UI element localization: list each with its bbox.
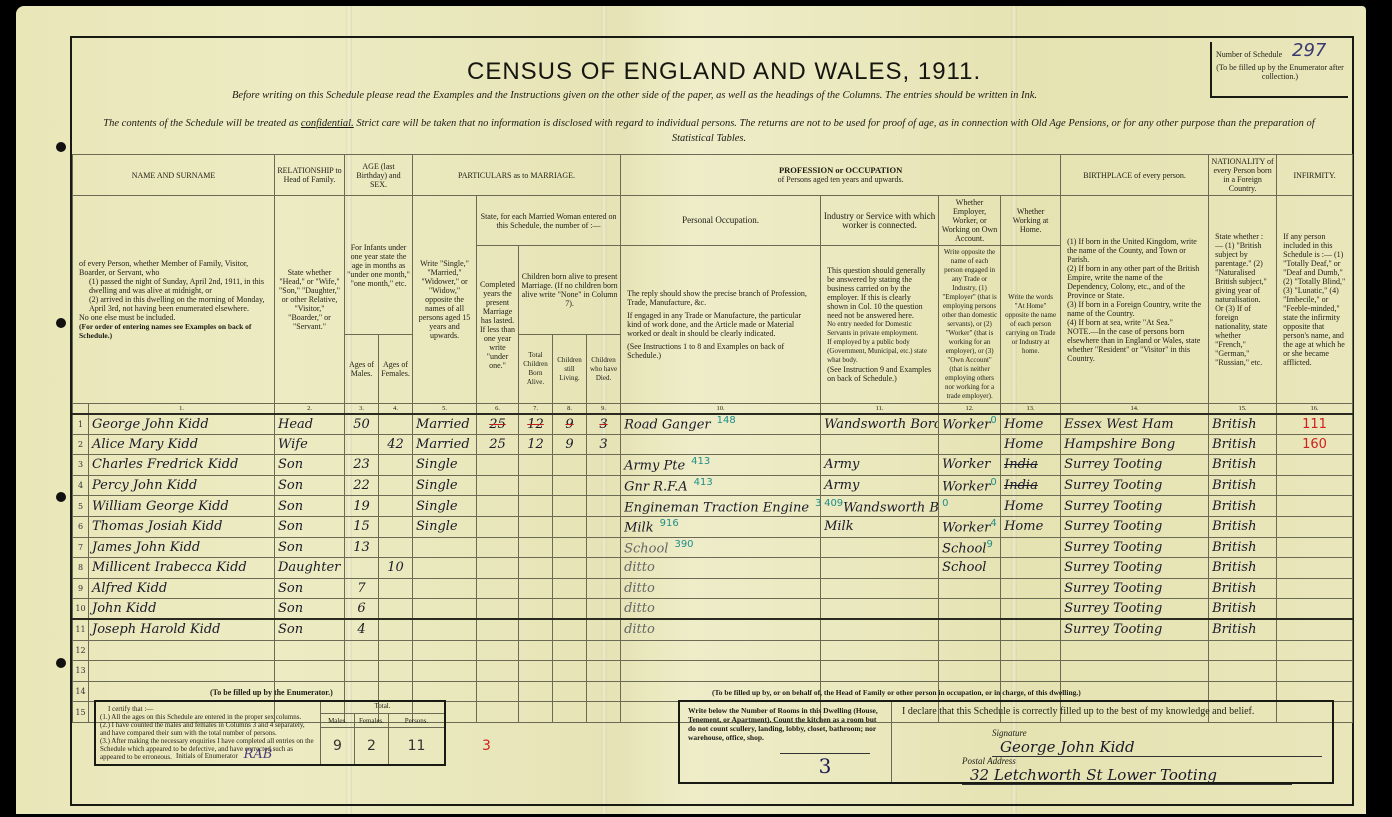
postal-address-label: Postal Address — [962, 756, 1016, 766]
row-number: 2 — [78, 440, 83, 449]
table-row: 4Percy John KiddSon22SingleGnr R.F.A413A… — [73, 475, 1353, 496]
infirmity-cell — [1277, 516, 1353, 537]
relationship-cell: Son — [275, 455, 345, 476]
nationality-cell: British — [1209, 558, 1277, 579]
row-number: 4 — [78, 481, 83, 490]
marital-status-cell: Single — [413, 496, 477, 517]
age-female: 42 — [387, 437, 404, 452]
working-at-home-cell — [1001, 578, 1061, 599]
personal-desc-2: If engaged in any Trade or Manufacture, … — [627, 311, 814, 338]
employment-status-cell — [939, 661, 1001, 682]
nationality: British — [1212, 519, 1256, 534]
marriage-status-instructions: Write "Single," "Married," "Widower," or… — [413, 196, 477, 404]
age-female-cell — [379, 516, 413, 537]
industry-cell — [821, 578, 939, 599]
nationality-cell — [1209, 640, 1277, 661]
birthplace-note: NOTE.—In the case of persons born elsewh… — [1067, 327, 1202, 363]
row-number-cell: 14 — [73, 681, 89, 702]
occupation-code: 916 — [660, 518, 679, 529]
infirmity-cell: 111 — [1277, 414, 1353, 435]
nationality-cell: British — [1209, 537, 1277, 558]
children-living-cell: 9 — [553, 434, 587, 455]
household-rows: 1George John KiddHead50Married251293Road… — [73, 414, 1353, 723]
age-male-cell: 22 — [345, 475, 379, 496]
header-infirmity: INFIRMITY. — [1277, 155, 1353, 196]
children-living-cell — [553, 681, 587, 702]
occupation-cell: Road Ganger148 — [621, 414, 821, 435]
married-woman-header: State, for each Married Woman entered on… — [477, 196, 621, 246]
industry: Army — [824, 457, 859, 472]
age-female-cell — [379, 496, 413, 517]
employment-status-cell: Worker4 — [939, 516, 1001, 537]
enumerator-box: I certify that :— (1.) All the ages on t… — [94, 700, 446, 766]
occupation: Army Pte — [624, 459, 685, 474]
employment-status-cell — [939, 640, 1001, 661]
relationship-cell: Daughter — [275, 558, 345, 579]
person-name-cell: Alice Mary Kidd — [89, 434, 275, 455]
birthplace-cell: Surrey Tooting — [1061, 496, 1209, 517]
infirmity-cell — [1277, 558, 1353, 579]
birthplace-cell: Surrey Tooting — [1061, 558, 1209, 579]
infirmity-cell — [1277, 661, 1353, 682]
totals-table: Total. Males. Females. Persons. 9 2 11 — [321, 702, 444, 764]
marital-status-cell — [413, 537, 477, 558]
marital-status-cell — [413, 681, 477, 702]
occupation-cell — [621, 661, 821, 682]
person-name-cell: Alfred Kidd — [89, 578, 275, 599]
col-num: 7. — [519, 404, 553, 414]
row-number-cell: 13 — [73, 661, 89, 682]
employment-code: 0 — [990, 415, 996, 426]
birthplace-cell — [1061, 661, 1209, 682]
age-male: 13 — [353, 540, 370, 555]
working-at-home: India — [1004, 457, 1038, 472]
table-row: 10John KiddSon6dittoSurrey TootingBritis… — [73, 599, 1353, 620]
employment-code: 9 — [986, 539, 992, 550]
row-number-cell: 12 — [73, 640, 89, 661]
industry-code: 409 — [824, 498, 843, 509]
enumerator-section-title: (To be filled up by the Enumerator.) — [210, 688, 333, 697]
head-of-family-box: Write below the Number of Rooms in this … — [678, 700, 1334, 784]
birthplace-cell: Surrey Tooting — [1061, 599, 1209, 620]
relationship: Son — [278, 499, 303, 514]
working-at-home-cell — [1001, 537, 1061, 558]
children-total-cell — [519, 558, 553, 579]
relationship: Daughter — [278, 560, 340, 575]
age-male: 15 — [353, 519, 370, 534]
col-num: 1. — [89, 404, 275, 414]
birthplace-cell: Surrey Tooting — [1061, 537, 1209, 558]
schedule-number-note: (To be filled up by the Enumerator after… — [1216, 63, 1344, 81]
punch-hole — [56, 142, 66, 152]
row-number: 7 — [78, 543, 83, 552]
years-married-cell — [477, 455, 519, 476]
infirmity-cell — [1277, 578, 1353, 599]
nationality-cell: British — [1209, 414, 1277, 435]
relationship: Son — [278, 540, 303, 555]
working-at-home-cell: Home — [1001, 434, 1061, 455]
years-married-cell — [477, 475, 519, 496]
person-name: Percy John Kidd — [92, 478, 197, 493]
industry-cell — [821, 558, 939, 579]
row-number: 8 — [78, 563, 83, 572]
children-died-cell — [587, 475, 621, 496]
marital-status-cell: Married — [413, 434, 477, 455]
working-at-home-cell: Home — [1001, 496, 1061, 517]
enumerator-initials: RAB — [244, 747, 273, 762]
person-name-cell: Charles Fredrick Kidd — [89, 455, 275, 476]
col-num: 11. — [821, 404, 939, 414]
age-male-cell: 4 — [345, 619, 379, 640]
marital-status-cell: Married — [413, 414, 477, 435]
birthplace-desc-2: (2) If born in any other part of the Bri… — [1067, 264, 1202, 300]
years-married-cell — [477, 702, 519, 723]
infirmity-cell — [1277, 599, 1353, 620]
nationality-cell: British — [1209, 475, 1277, 496]
table-row: 5William George KiddSon19SingleEngineman… — [73, 496, 1353, 517]
age-male: 50 — [353, 417, 370, 432]
children-died-cell — [587, 640, 621, 661]
header-nationality: NATIONALITY of every Person born in a Fo… — [1209, 155, 1277, 196]
signature-row: Signature George John Kidd — [992, 728, 1332, 757]
industry-cell — [821, 599, 939, 620]
industry: Milk — [824, 519, 854, 534]
children-living-cell — [553, 640, 587, 661]
children-living-cell — [553, 619, 587, 640]
employment-status: Worker — [942, 479, 990, 494]
age-female-cell — [379, 455, 413, 476]
row-number-cell: 11 — [73, 619, 89, 640]
col-num: 10. — [621, 404, 821, 414]
age-male-cell — [345, 558, 379, 579]
children-died-cell — [587, 702, 621, 723]
children-total-cell — [519, 681, 553, 702]
children-living-cell — [553, 661, 587, 682]
initials-label: Initials of Enumerator — [176, 752, 238, 760]
nationality-cell: British — [1209, 619, 1277, 640]
nationality-cell: British — [1209, 516, 1277, 537]
relationship-cell: Son — [275, 496, 345, 517]
age-male-cell — [345, 434, 379, 455]
age-male-cell: 6 — [345, 599, 379, 620]
occupation-cell: ditto — [621, 619, 821, 640]
row-number: 14 — [75, 687, 85, 696]
person-name-cell: Thomas Josiah Kidd — [89, 516, 275, 537]
occupation: Engineman Traction Engine — [624, 500, 809, 515]
row-number: 15 — [75, 708, 85, 717]
age-female-cell — [379, 681, 413, 702]
nationality: British — [1212, 540, 1256, 555]
row-number-cell: 5 — [73, 496, 89, 517]
age-male: 7 — [357, 581, 365, 596]
children-died-cell — [587, 455, 621, 476]
enumerator-certification: I certify that :— (1.) All the ages on t… — [96, 702, 321, 764]
age-males-header: Ages of Males. — [345, 335, 379, 404]
table-row: 2Alice Mary KiddWife42Married251293HomeH… — [73, 434, 1353, 455]
nationality: British — [1212, 457, 1256, 472]
marital-status-cell — [413, 619, 477, 640]
name-desc-4: No one else must be included. — [79, 313, 268, 322]
nationality: British — [1212, 499, 1256, 514]
children-total-cell — [519, 661, 553, 682]
table-row: 13 — [73, 661, 1353, 682]
header-relationship: RELATIONSHIP to Head of Family. — [275, 155, 345, 196]
header-age: AGE (last Birthday) and SEX. — [345, 155, 413, 196]
name-desc-5: (For order of entering names see Example… — [79, 322, 268, 340]
age-male: 6 — [357, 601, 365, 616]
industry-cell: 409Wandsworth Borough Council — [821, 496, 939, 517]
person-name: George John Kidd — [92, 417, 209, 432]
occupation-cell: ditto — [621, 599, 821, 620]
age-male: 22 — [353, 478, 370, 493]
declaration-text: I declare that this Schedule is correctl… — [902, 706, 1322, 717]
occupation-cell: Milk916 — [621, 516, 821, 537]
declaration: I declare that this Schedule is correctl… — [892, 702, 1332, 782]
industry-desc-3: If employed by a public body (Government… — [827, 338, 932, 365]
children-total-cell — [519, 619, 553, 640]
persons-label: Persons. — [389, 714, 444, 728]
nationality: British — [1212, 622, 1256, 637]
years-married-cell — [477, 599, 519, 620]
personal-occupation-instructions: The reply should show the precise branch… — [621, 246, 821, 404]
relationship-cell: Son — [275, 619, 345, 640]
birthplace: Surrey Tooting — [1064, 457, 1162, 472]
nationality-cell: British — [1209, 434, 1277, 455]
row-number: 6 — [78, 522, 83, 531]
certify-item-1: (1.) All the ages on this Schedule are e… — [100, 713, 316, 721]
years-married-cell — [477, 516, 519, 537]
person-name: James John Kidd — [92, 540, 200, 555]
person-name-cell — [89, 640, 275, 661]
age-male-cell — [345, 640, 379, 661]
employment-status-cell: Worker — [939, 455, 1001, 476]
industry: Army — [824, 478, 859, 493]
occupation-cell: Engineman Traction Engine340 — [621, 496, 821, 517]
row-number-cell: 4 — [73, 475, 89, 496]
red-annotation: 111 — [1302, 417, 1327, 432]
occupation: Road Ganger — [624, 418, 711, 433]
age-male-cell: 23 — [345, 455, 379, 476]
postal-address: 32 Letchworth St Lower Tooting — [962, 766, 1292, 785]
marital-status-cell: Single — [413, 475, 477, 496]
age-male-cell — [345, 661, 379, 682]
birthplace: Surrey Tooting — [1064, 540, 1162, 555]
children-died-cell: 3 — [587, 434, 621, 455]
birthplace: Surrey Tooting — [1064, 560, 1162, 575]
infirmity-cell — [1277, 455, 1353, 476]
years-married-cell — [477, 681, 519, 702]
col-num: 4. — [379, 404, 413, 414]
age-female-cell: 10 — [379, 558, 413, 579]
children-died-cell — [587, 599, 621, 620]
occupation-cell: ditto — [621, 578, 821, 599]
signature-label: Signature — [992, 728, 1027, 738]
infirmity-cell — [1277, 475, 1353, 496]
row-number: 11 — [75, 625, 85, 634]
employment-status-cell: 0 — [939, 496, 1001, 517]
nationality-cell: British — [1209, 599, 1277, 620]
name-instructions: of every Person, whether Member of Famil… — [73, 196, 275, 404]
birthplace-cell — [1061, 681, 1209, 702]
schedule-frame: CENSUS OF ENGLAND AND WALES, 1911. Befor… — [70, 36, 1354, 806]
col-num: 3. — [345, 404, 379, 414]
row-number-cell: 7 — [73, 537, 89, 558]
age-female-cell — [379, 640, 413, 661]
occupation-cell — [621, 640, 821, 661]
age-female-cell — [379, 619, 413, 640]
relationship-instructions: State whether "Head," or "Wife," "Son," … — [275, 196, 345, 404]
children-total-cell: 12 — [519, 434, 553, 455]
table-row: 6Thomas Josiah KiddSon15SingleMilk916Mil… — [73, 516, 1353, 537]
completed-years-header: Completed years the present Marriage has… — [477, 246, 519, 404]
marital-status: Single — [416, 499, 458, 514]
marital-status: Single — [416, 478, 458, 493]
children-died: 3 — [599, 437, 607, 452]
birthplace-cell: Surrey Tooting — [1061, 578, 1209, 599]
header-employer: Whether Employer, Worker, or Working on … — [939, 196, 1001, 246]
children-living: 9 — [565, 437, 573, 452]
header-marriage: PARTICULARS as to MARRIAGE. — [413, 155, 621, 196]
occupation-cell — [621, 434, 821, 455]
occupation-code: 413 — [694, 477, 713, 488]
children-living-cell — [553, 516, 587, 537]
head-section-title: (To be filled up by, or on behalf of, th… — [712, 688, 1081, 697]
age-male-cell: 19 — [345, 496, 379, 517]
employment-status: Worker — [942, 457, 990, 472]
nationality-cell: British — [1209, 496, 1277, 517]
children-died-cell — [587, 661, 621, 682]
personal-desc-1: The reply should show the precise branch… — [627, 289, 814, 307]
occupation-cell: Army Pte413 — [621, 455, 821, 476]
marital-status-cell: Single — [413, 455, 477, 476]
relationship-cell: Son — [275, 537, 345, 558]
children-died-cell — [587, 496, 621, 517]
marital-status: Single — [416, 519, 458, 534]
person-name: William George Kidd — [92, 499, 229, 514]
occupation-code: 148 — [717, 415, 736, 426]
males-total: 9 — [321, 728, 355, 764]
row-number-cell: 2 — [73, 434, 89, 455]
industry-cell — [821, 640, 939, 661]
age-female-cell — [379, 578, 413, 599]
industry-desc-2: No entry needed for Domestic Servants in… — [827, 320, 932, 338]
children-total-cell — [519, 578, 553, 599]
employment-status-cell: School — [939, 558, 1001, 579]
header-profession-title: PROFESSION or OCCUPATION — [623, 166, 1058, 175]
row-number: 5 — [78, 502, 83, 511]
birthplace-cell — [1061, 640, 1209, 661]
total-children-header: Total Children Born Alive. — [519, 335, 553, 404]
birthplace: Surrey Tooting — [1064, 519, 1162, 534]
person-name: Alice Mary Kidd — [92, 437, 198, 452]
person-name: Charles Fredrick Kidd — [92, 457, 238, 472]
col-num: 14. — [1061, 404, 1209, 414]
working-at-home: Home — [1004, 417, 1043, 432]
children-died-cell — [587, 537, 621, 558]
nationality-cell — [1209, 661, 1277, 682]
row-number-cell: 10 — [73, 599, 89, 620]
working-at-home: Home — [1004, 499, 1043, 514]
birthplace-instructions: (1) If born in the United Kingdom, write… — [1061, 196, 1209, 404]
header-industry: Industry or Service with which worker is… — [821, 196, 939, 246]
col-num: 5. — [413, 404, 477, 414]
employment-code: 0 — [990, 477, 996, 488]
birthplace-cell: Surrey Tooting — [1061, 619, 1209, 640]
children-died-cell — [587, 578, 621, 599]
table-row: 9Alfred KiddSon7dittoSurrey TootingBriti… — [73, 578, 1353, 599]
row-number: 1 — [78, 420, 83, 429]
row-number-cell: 15 — [73, 702, 89, 723]
children-total-cell — [519, 475, 553, 496]
birthplace-desc-3: (3) If born in a Foreign Country, write … — [1067, 300, 1202, 318]
birthplace-desc-1: (1) If born in the United Kingdom, write… — [1067, 237, 1202, 264]
years-married-cell — [477, 578, 519, 599]
occupation: School — [624, 541, 668, 556]
punch-hole — [56, 492, 66, 502]
nationality-cell — [1209, 681, 1277, 702]
children-total-cell: 12 — [519, 414, 553, 435]
number-of-rooms: 3 — [780, 753, 870, 778]
nationality: British — [1212, 478, 1256, 493]
working-at-home-cell: India — [1001, 475, 1061, 496]
infirmity-cell — [1277, 640, 1353, 661]
years-married-cell — [477, 661, 519, 682]
red-annotation: 160 — [1302, 437, 1327, 452]
birthplace-cell: Essex West Ham — [1061, 414, 1209, 435]
relationship: Son — [278, 519, 303, 534]
occupation: Milk — [624, 520, 654, 535]
marital-status: Single — [416, 457, 458, 472]
employment-status-cell: Worker0 — [939, 475, 1001, 496]
confidentiality-notice: The contents of the Schedule will be tre… — [84, 116, 1334, 146]
birthplace-cell: Hampshire Bong — [1061, 434, 1209, 455]
years-married-cell — [477, 537, 519, 558]
relationship-cell — [275, 661, 345, 682]
row-number: 9 — [78, 584, 83, 593]
row-number-cell: 3 — [73, 455, 89, 476]
employment-status: Worker — [942, 520, 990, 535]
birthplace: Surrey Tooting — [1064, 601, 1162, 616]
col-num: 6. — [477, 404, 519, 414]
age-male: 23 — [353, 457, 370, 472]
children-died-cell — [587, 558, 621, 579]
industry: Wandsworth Borough Council — [843, 500, 938, 515]
children-total-cell — [519, 516, 553, 537]
birthplace: Hampshire Bong — [1064, 437, 1175, 452]
children-living-cell: 9 — [553, 414, 587, 435]
years-married-cell — [477, 496, 519, 517]
relationship: Son — [278, 601, 303, 616]
birthplace-desc-4: (4) If born at sea, write "At Sea." — [1067, 318, 1202, 327]
nationality: British — [1212, 601, 1256, 616]
certify-item-2: (2.) I have counted the males and female… — [100, 721, 316, 737]
table-row: 12 — [73, 640, 1353, 661]
person-name: Alfred Kidd — [92, 581, 167, 596]
children-living-header: Children still Living. — [553, 335, 587, 404]
industry-cell: Milk — [821, 516, 939, 537]
years-married-cell — [477, 640, 519, 661]
marital-status-cell — [413, 599, 477, 620]
years-married: 25 — [489, 417, 506, 432]
working-at-home: Home — [1004, 437, 1043, 452]
employment-status-cell — [939, 599, 1001, 620]
col-num: 8. — [553, 404, 587, 414]
age-female-cell — [379, 475, 413, 496]
person-name-cell: Joseph Harold Kidd — [89, 619, 275, 640]
nationality-instructions: State whether :— (1) "British subject by… — [1209, 196, 1277, 404]
age-instructions: For Infants under one year state the age… — [345, 196, 413, 335]
col-num: 13. — [1001, 404, 1061, 414]
